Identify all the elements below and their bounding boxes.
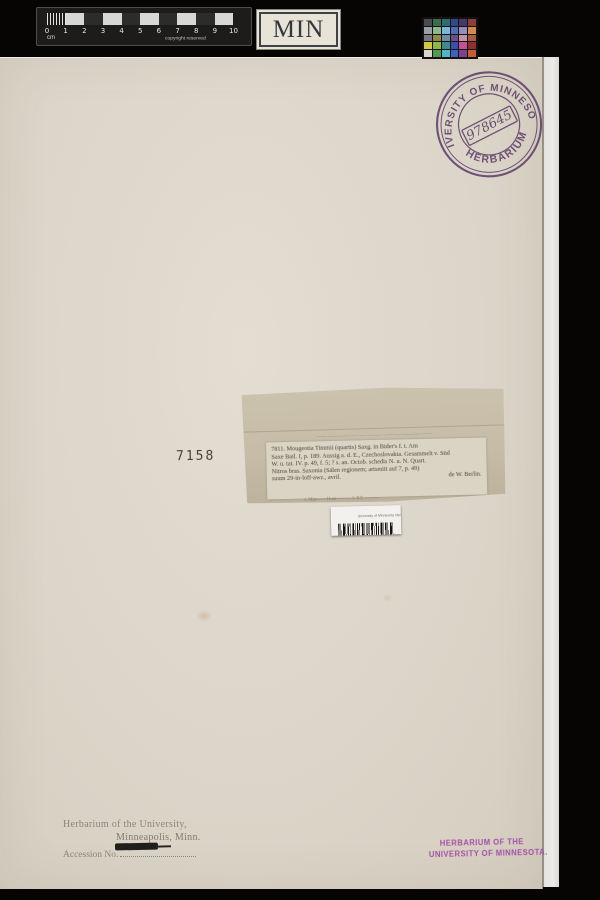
ruler-number: 10 (229, 27, 239, 35)
ruler-segment (47, 13, 66, 25)
barcode-bars (338, 522, 394, 536)
footer-institution-line2: Minneapolis, Minn. (116, 832, 201, 843)
color-patch (468, 27, 476, 34)
footer-herbarium-stamp: HERBARIUM OF THE UNIVERSITY OF MINNESOTA… (429, 836, 536, 860)
ruler-number: 4 (117, 27, 127, 35)
color-patch (468, 42, 476, 49)
ruler-number: 5 (135, 27, 145, 35)
color-patch (468, 50, 476, 57)
color-patch (459, 50, 467, 57)
color-patch (459, 27, 467, 34)
ruler-number: 9 (210, 27, 220, 35)
accession-label: Accession No. (63, 850, 118, 860)
color-patch (442, 35, 450, 42)
specimen-label-backing: —— ——·—— —···— ——— ——·— ———— —— 7811. Mo… (241, 384, 506, 505)
color-patch (451, 35, 459, 42)
ruler-segment (84, 13, 103, 25)
color-patch (459, 42, 467, 49)
ruler-number: 7 (173, 27, 183, 35)
specimen-label: 7811. Mougeotia Timmii (quartis) Saxg. i… (266, 437, 487, 499)
color-patch (442, 27, 450, 34)
footer-stamp-line2: UNIVERSITY OF MINNESOTA. (429, 847, 536, 860)
color-patch (451, 42, 459, 49)
ruler-segment (140, 13, 159, 25)
ruler-numbers: 012345678910 (47, 27, 247, 36)
color-calibration-target (422, 17, 478, 59)
barcode-header-text: University of Minnesota Herbarium (358, 514, 402, 518)
color-patch (442, 50, 450, 57)
ruler-number: 0 (42, 27, 52, 35)
ruler-copyright-text: copyright reserved (165, 35, 206, 41)
ruler-segment (122, 13, 141, 25)
ruler-segment (177, 13, 196, 25)
color-patch (424, 27, 432, 34)
label-faint-header: —— ——·—— —···— ——— ——·— ———— —— (317, 430, 429, 439)
ruler-number: 3 (98, 27, 108, 35)
color-patch (433, 27, 441, 34)
sheet-stain (196, 610, 212, 622)
ruler-segment (159, 13, 178, 25)
color-patch (468, 35, 476, 42)
sheet-stain (382, 594, 393, 602)
color-patch (433, 50, 441, 57)
min-code-label: MIN (259, 12, 338, 47)
color-patch (468, 19, 476, 26)
color-patch (424, 50, 432, 57)
color-patch (433, 35, 441, 42)
min-code-box: MIN (256, 9, 341, 50)
second-sheet-edge (543, 57, 559, 887)
accession-blank-line (120, 848, 196, 857)
color-patch (451, 50, 459, 57)
color-patch (424, 42, 432, 49)
ruler-segment (66, 13, 85, 25)
color-patch (424, 35, 432, 42)
accession-number-row: Accession No. (63, 848, 196, 860)
color-patch (451, 19, 459, 26)
color-patch (442, 42, 450, 49)
specimen-label-lines: 7811. Mougeotia Timmii (quartis) Saxg. i… (271, 441, 481, 483)
ruler-segment (103, 13, 122, 25)
color-patch (442, 19, 450, 26)
ruler-unit-label: cm (47, 35, 55, 41)
color-patch (433, 42, 441, 49)
ruler-number: 2 (79, 27, 89, 35)
ruler-segment (215, 13, 234, 25)
barcode-label: University of Minnesota Herbarium 140077… (331, 505, 402, 536)
sheet-number-stamp: 7158 (176, 449, 215, 464)
ruler-blocks (47, 13, 233, 25)
color-patch (459, 19, 467, 26)
color-patch (451, 27, 459, 34)
ruler-number: 6 (154, 27, 164, 35)
ruler-segment (196, 13, 215, 25)
scale-ruler: 012345678910 cm copyright reserved (36, 7, 252, 46)
color-patch (459, 35, 467, 42)
label-attribution: de W. Berlin. (448, 470, 481, 478)
color-chart-grid (424, 19, 476, 57)
color-patch (433, 19, 441, 26)
footer-institution-line1: Herbarium of the University, (63, 819, 187, 830)
color-patch (424, 19, 432, 26)
ruler-number: 1 (61, 27, 71, 35)
ruler-number: 8 (191, 27, 201, 35)
